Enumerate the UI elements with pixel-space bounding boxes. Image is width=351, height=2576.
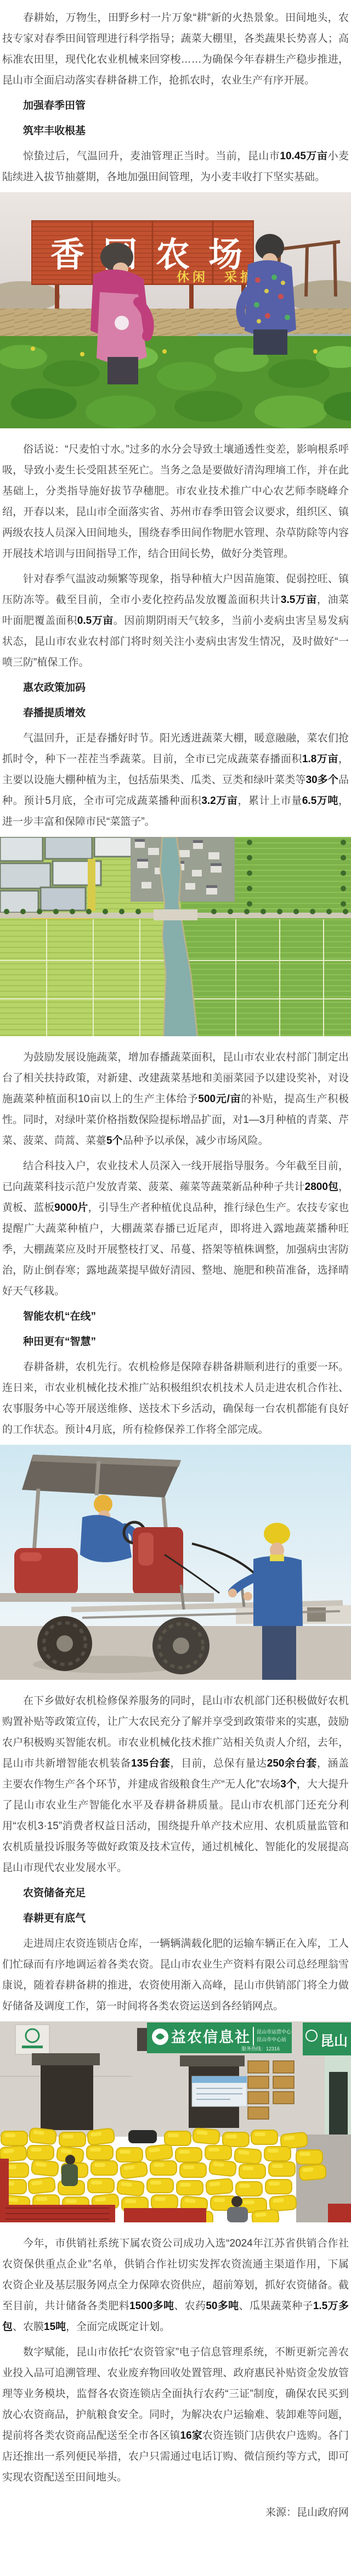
straw-bank [0,309,351,337]
store-sign-hotline: 服务热线：12316 [241,2046,280,2052]
store-sign-main: 益农信息社 昆山市运营中心 昆山市中心站 服务热线：12316 [147,2022,292,2053]
farm-sign-title: 香园农场 [50,236,261,274]
paragraph: 在下乡做好农机检修保养服务的同时，昆山市农机部门还积极做好农机购置补贴等政策宣传… [2,1691,349,1879]
store-sign-right-text: 昆山 [320,2033,348,2049]
farm-sign-subtitle: 休闲 采摘 [177,270,256,284]
store-sign-title: 益农信息社 [171,2029,251,2046]
doorway-left [32,2053,100,2130]
section2-heading-line1: 惠农政策加码 [2,678,349,699]
store-sign-right: 昆山 [303,2022,351,2055]
section2-heading-line2: 春播提质增效 [2,703,349,724]
section3-heading-line1: 智能农机“在线” [2,1306,349,1327]
wall-poster [192,2076,247,2106]
photo-fertilizer-delivery: 益农信息社 昆山市运营中心 昆山市中心站 服务热线：12316 昆山 [0,2021,351,2222]
intro-paragraph: 春耕始，万物生，田野乡村一片万象“耕”新的火热景象。田间地头，农技专家对春季田间… [2,8,349,91]
paragraph: 俗话说：“尺麦怕寸水。”过多的水分会导致土壤通透性变差，影响根系呼吸，导致小麦生… [2,439,349,565]
photo-farm-field: 香园农场 休闲 采摘 [0,192,351,428]
rapeseed-strip [88,859,95,911]
photo-aerial-fields [0,837,351,1036]
paragraph: 为鼓励发展设施蔬菜，增加春播蔬菜面积，昆山市农业农村部门制定出台了相关扶持政策，… [2,1047,349,1152]
photo-machinery-maintenance [0,1445,351,1680]
paragraph: 数字赋能，昆山市依托“农资管家”电子信息管理系统，不断更新完善农业投入品可追溯管… [2,2342,349,2488]
section4-heading-line2: 春耕更有底气 [2,1908,349,1929]
paragraph: 今年，市供销社系统下属农资公司成功入选“2024年江苏省供销合作社农资保供重点企… [2,2233,349,2338]
section3-heading-line2: 种田更有“智慧” [2,1332,349,1353]
store-sign-subtitle-2: 昆山市中心站 [257,2036,286,2042]
tank-highlight [138,1533,154,1566]
store-sign-subtitle-1: 昆山市运营中心 [257,2029,292,2035]
section1-heading-line2: 筑牢丰收根基 [2,121,349,142]
section4-heading-line1: 农资储备充足 [2,1883,349,1904]
paragraph: 走进周庄农资连锁店仓库，一辆辆满载化肥的运输车辆正在入库，工人们忙碌而有序地调运… [2,1934,349,2017]
section1-heading-line1: 加强春季田管 [2,96,349,116]
store-interior-right [325,2055,351,2134]
paragraph: 气温回升，正是春播好时节。阳光透进蔬菜大棚，暖意融融，菜农们抢抓时令，种下一茬茬… [2,728,349,832]
paragraph: 惊蛰过后，气温回升，麦油管理正当时。当前，昆山市10.45万亩小麦陆续进入拔节抽… [2,146,349,188]
tank-highlight [20,1552,42,1561]
paragraph: 结合科技入户，农业技术人员深入一线开展指导服务。今年截至目前，已向蔬菜科技示范户… [2,1156,349,1302]
left-small-sign [15,2025,49,2054]
bridge [154,909,197,920]
paragraph: 针对春季气温波动频繁等现象，指导种植大户因苗施策、促弱控旺、镇压防冻等。截至目前… [2,569,349,673]
article-body: 春耕始，万物生，田野乡村一片万象“耕”新的火热景象。田间地头，农技专家对春季田间… [0,0,351,2535]
paragraph: 春耕备耕，农机先行。农机检修是保障春耕备耕顺利进行的重要一环。连日来，市农业机械… [2,1357,349,1440]
source-credit: 来源：昆山政府网 [2,2502,349,2523]
dark-bag [128,2130,157,2143]
village [131,837,235,902]
wall-gate [307,1607,326,1622]
